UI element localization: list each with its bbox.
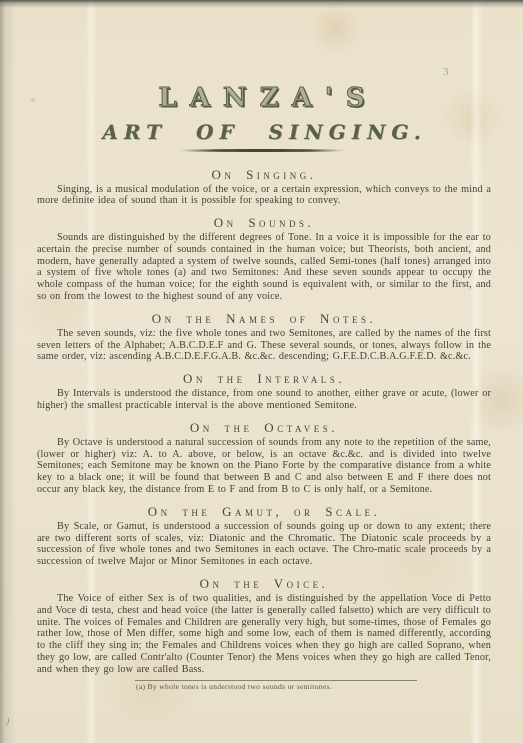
section-on-sounds: On Sounds. Sounds are distinguished by t… — [37, 215, 491, 303]
section-body: By Intervals is understood the distance,… — [37, 388, 491, 412]
section-body: The seven sounds, viz: the five whole to… — [37, 328, 491, 363]
section-heading: On the Octaves. — [37, 420, 491, 436]
section-on-the-gamut-or-scale: On the Gamut, or Scale. By Scale, or Gam… — [37, 504, 491, 568]
section-on-the-octaves: On the Octaves. By Octave is understood … — [37, 420, 491, 496]
section-body: Sounds are distinguished by the differen… — [37, 232, 491, 303]
footnote-rule — [135, 680, 417, 681]
book-title: LANZA'S — [0, 83, 523, 113]
section-on-the-intervals: On the Intervals. By Intervals is unders… — [37, 371, 491, 412]
section-body: By Octave is understood a natural succes… — [37, 437, 491, 496]
section-heading: On the Voice. — [37, 576, 491, 592]
section-body: By Scale, or Gamut, is understood a succ… — [37, 521, 491, 568]
footnote: (a) By whole tones is understood two sou… — [37, 680, 491, 691]
book-subtitle: ART OF SINGING. — [0, 120, 523, 144]
section-heading: On Singing. — [37, 167, 491, 183]
page-number: 3 — [443, 66, 449, 78]
section-heading: On the Intervals. — [37, 371, 491, 387]
section-body: Singing, is a musical modulation of the … — [37, 184, 491, 208]
section-on-the-voice: On the Voice. The Voice of either Sex is… — [37, 576, 491, 676]
section-heading: On the Gamut, or Scale. — [37, 504, 491, 520]
scanned-book-page: 3 ) LANZA'S ART OF SINGING. On Singing. … — [0, 0, 523, 743]
page-content: On Singing. Singing, is a musical modula… — [0, 152, 523, 691]
section-on-the-names-of-notes: On the Names of Notes. The seven sounds,… — [37, 311, 491, 363]
section-heading: On Sounds. — [37, 215, 491, 231]
section-on-singing: On Singing. Singing, is a musical modula… — [37, 167, 491, 208]
footnote-text: (a) By whole tones is understood two sou… — [37, 682, 491, 691]
section-body: The Voice of either Sex is of two qualit… — [37, 593, 491, 676]
paper-mark: ) — [5, 716, 11, 727]
section-heading: On the Names of Notes. — [37, 311, 491, 327]
